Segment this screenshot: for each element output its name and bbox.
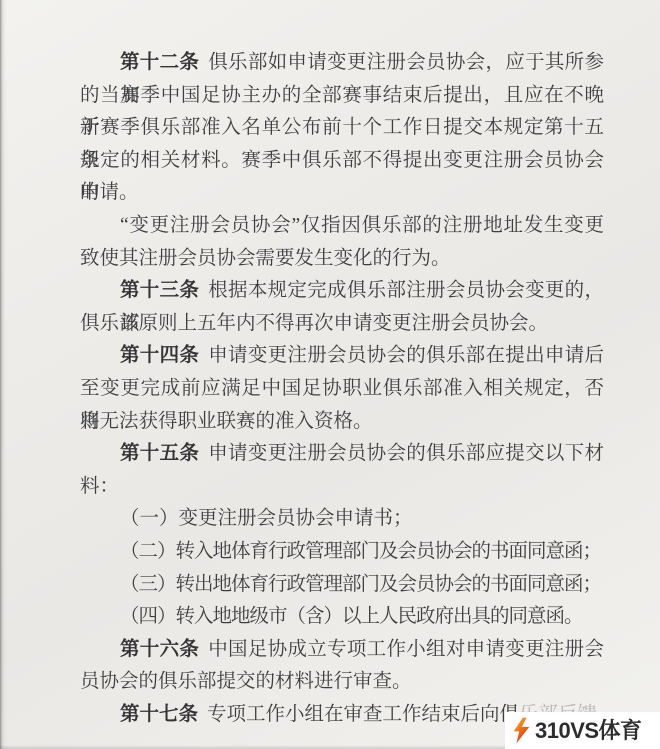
document-line: 第十六条中国足协成立专项工作小组对申请变更注册会 xyxy=(80,634,604,667)
article-number: 第十四条 xyxy=(120,345,199,366)
line-text: “变更注册会员协会”仅指因俱乐部的注册地址发生变更 xyxy=(120,215,604,236)
document-body: 第十二条俱乐部如申请变更注册会员协会，应于其所参加 的当赛季中国足协主办的全部赛… xyxy=(80,47,604,731)
line-text: 专项工作小组在审查工作结束后向俱 xyxy=(207,704,519,725)
document-line: 俱乐部原则上五年内不得再次申请变更注册会员协会。 xyxy=(80,308,604,341)
document-line-item-3: （三）转出地体育行政管理部门及会员协会的书面同意函； xyxy=(80,569,604,602)
line-text: （四）转入地地级市（含）以上人民政府出具的同意函。 xyxy=(120,606,583,627)
document-line: 第十四条申请变更注册会员协会的俱乐部在提出申请后 xyxy=(80,340,604,373)
document-line: 第十二条俱乐部如申请变更注册会员协会，应于其所参加 xyxy=(80,47,604,80)
document-line-item-2: （二）转入地体育行政管理部门及会员协会的书面同意函； xyxy=(80,536,604,569)
line-text: 员协会的俱乐部提交的材料进行审查。 xyxy=(80,671,412,692)
document-line: 第十五条申请变更注册会员协会的俱乐部应提交以下材 xyxy=(80,438,604,471)
article-number: 第十五条 xyxy=(120,443,199,464)
document-line: 规定的相关材料。赛季中俱乐部不得提出变更注册会员协会的 xyxy=(80,145,604,178)
document-line: 申请。 xyxy=(80,177,604,210)
line-text: （三）转出地体育行政管理部门及会员协会的书面同意函； xyxy=(120,574,601,595)
document-line: 至变更完成前应满足中国足协职业俱乐部准入相关规定，否则 xyxy=(80,373,604,406)
line-text: 俱乐部原则上五年内不得再次申请变更注册会员协会。 xyxy=(80,313,548,334)
line-text: （二）转入地体育行政管理部门及会员协会的书面同意函； xyxy=(120,541,601,562)
document-line: 第十三条根据本规定完成俱乐部注册会员协会变更的，该 xyxy=(80,275,604,308)
line-text: 中国足协成立专项工作小组对申请变更注册会 xyxy=(208,639,604,660)
document-line: 致使其注册会员协会需要发生变化的行为。 xyxy=(80,243,604,276)
document-line: 员协会的俱乐部提交的材料进行审查。 xyxy=(80,666,604,699)
line-text: 将无法获得职业联赛的准入资格。 xyxy=(80,411,373,432)
line-text: 申请变更注册会员协会的俱乐部应提交以下材 xyxy=(208,443,604,464)
line-text: 致使其注册会员协会需要发生变化的行为。 xyxy=(80,248,451,269)
lightning-bolt-icon xyxy=(510,717,532,744)
line-text: 申请变更注册会员协会的俱乐部在提出申请后 xyxy=(208,345,604,366)
document-line: 的当赛季中国足协主办的全部赛事结束后提出，且应在不晚于 xyxy=(80,80,604,113)
document-line: 将无法获得职业联赛的准入资格。 xyxy=(80,406,604,439)
article-number: 第十二条 xyxy=(120,52,199,73)
document-line-item-1: （一）变更注册会员协会申请书； xyxy=(80,503,604,536)
line-text: 料： xyxy=(80,476,119,497)
scanned-document-page: 第十二条俱乐部如申请变更注册会员协会，应于其所参加 的当赛季中国足协主办的全部赛… xyxy=(0,0,660,749)
article-number: 第十三条 xyxy=(120,280,199,301)
article-number: 第十七条 xyxy=(120,704,198,725)
scan-left-edge-shadow xyxy=(0,0,7,749)
article-number: 第十六条 xyxy=(120,639,199,660)
document-line: 料： xyxy=(80,471,604,504)
line-text: 申请。 xyxy=(80,182,139,203)
watermark-brand-text: 310VS体育 xyxy=(535,712,642,749)
document-line: “变更注册会员协会”仅指因俱乐部的注册地址发生变更 xyxy=(80,210,604,243)
document-line: 新赛季俱乐部准入名单公布前十个工作日提交本规定第十五条 xyxy=(80,112,604,145)
line-text: （一）变更注册会员协会申请书； xyxy=(120,508,413,529)
site-watermark: 310VS体育 xyxy=(505,712,660,749)
document-line-item-4: （四）转入地地级市（含）以上人民政府出具的同意函。 xyxy=(80,601,604,634)
